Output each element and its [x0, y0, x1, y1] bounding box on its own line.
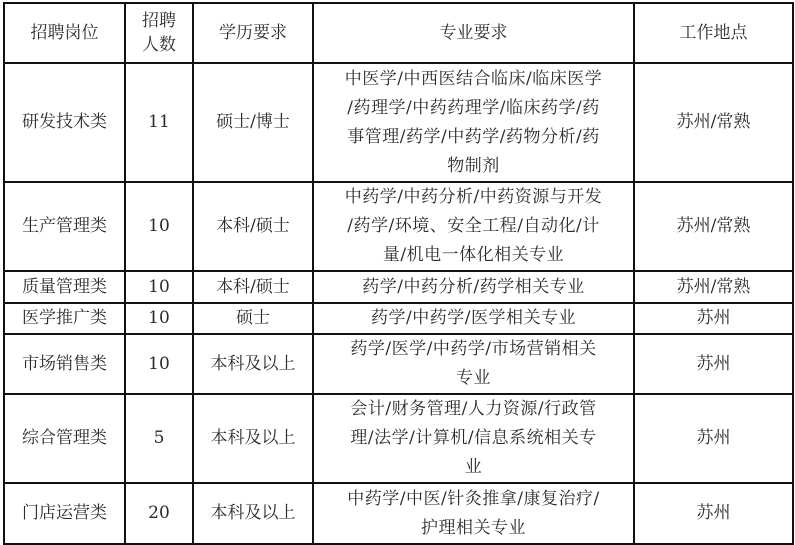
recruitment-table: 招聘岗位 招聘 人数 学历要求 专业要求 工作地点 研发技术类 11 硕士/博士…	[3, 2, 794, 545]
cell-education: 本科/硕士	[193, 182, 313, 271]
cell-count: 10	[125, 334, 193, 394]
cell-location: 苏州	[634, 394, 793, 483]
cell-count: 11	[125, 63, 193, 182]
header-count-line1: 招聘	[132, 9, 186, 33]
cell-position: 生产管理类	[4, 182, 125, 271]
cell-position: 市场销售类	[4, 334, 125, 394]
cell-position: 研发技术类	[4, 63, 125, 182]
cell-major: 中医学/中西医结合临床/临床医学 /药理学/中药药理学/临床药学/药 事管理/药…	[313, 63, 634, 182]
table-row: 质量管理类 10 本科/硕士 药学/中药分析/药学相关专业 苏州/常熟	[4, 271, 793, 303]
major-line: 药学/医学/中药学/市场营销相关	[318, 335, 629, 364]
cell-position: 医学推广类	[4, 303, 125, 334]
cell-education: 本科及以上	[193, 483, 313, 544]
header-location: 工作地点	[634, 3, 793, 63]
major-line: 中药学/中医/针灸推拿/康复治疗/	[318, 485, 629, 514]
cell-position: 质量管理类	[4, 271, 125, 303]
cell-major: 药学/医学/中药学/市场营销相关 专业	[313, 334, 634, 394]
cell-location: 苏州/常熟	[634, 182, 793, 271]
cell-count: 10	[125, 182, 193, 271]
cell-position: 综合管理类	[4, 394, 125, 483]
cell-major: 药学/中药学/医学相关专业	[313, 303, 634, 334]
cell-location: 苏州	[634, 483, 793, 544]
major-line: 药学/中药分析/药学相关专业	[318, 273, 629, 302]
major-line: 会计/财务管理/人力资源/行政管	[318, 395, 629, 424]
major-line: 物制剂	[318, 152, 629, 181]
cell-major: 中药学/中医/针灸推拿/康复治疗/ 护理相关专业	[313, 483, 634, 544]
major-line: 理/法学/计算机/信息系统相关专	[318, 424, 629, 453]
major-line: 药学/中药学/医学相关专业	[318, 304, 629, 333]
cell-count: 20	[125, 483, 193, 544]
cell-count: 5	[125, 394, 193, 483]
cell-education: 硕士	[193, 303, 313, 334]
cell-count: 10	[125, 303, 193, 334]
cell-major: 中药学/中药分析/中药资源与开发 /药学/环境、安全工程/自动化/计 量/机电一…	[313, 182, 634, 271]
cell-education: 本科/硕士	[193, 271, 313, 303]
header-position: 招聘岗位	[4, 3, 125, 63]
header-major: 专业要求	[313, 3, 634, 63]
major-line: 护理相关专业	[318, 514, 629, 543]
table-row: 综合管理类 5 本科及以上 会计/财务管理/人力资源/行政管 理/法学/计算机/…	[4, 394, 793, 483]
cell-education: 本科及以上	[193, 334, 313, 394]
cell-location: 苏州	[634, 303, 793, 334]
table-header-row: 招聘岗位 招聘 人数 学历要求 专业要求 工作地点	[4, 3, 793, 63]
cell-count: 10	[125, 271, 193, 303]
major-line: /药理学/中药药理学/临床药学/药	[318, 94, 629, 123]
cell-education: 本科及以上	[193, 394, 313, 483]
major-line: 中药学/中药分析/中药资源与开发	[318, 183, 629, 212]
table-row: 门店运营类 20 本科及以上 中药学/中医/针灸推拿/康复治疗/ 护理相关专业 …	[4, 483, 793, 544]
major-line: 业	[318, 453, 629, 482]
major-line: /药学/环境、安全工程/自动化/计	[318, 212, 629, 241]
cell-position: 门店运营类	[4, 483, 125, 544]
major-line: 专业	[318, 364, 629, 393]
table-row: 研发技术类 11 硕士/博士 中医学/中西医结合临床/临床医学 /药理学/中药药…	[4, 63, 793, 182]
cell-location: 苏州/常熟	[634, 271, 793, 303]
cell-location: 苏州	[634, 334, 793, 394]
major-line: 量/机电一体化相关专业	[318, 241, 629, 270]
major-line: 事管理/药学/中药学/药物分析/药	[318, 123, 629, 152]
cell-major: 药学/中药分析/药学相关专业	[313, 271, 634, 303]
major-line: 中医学/中西医结合临床/临床医学	[318, 65, 629, 94]
header-education: 学历要求	[193, 3, 313, 63]
table-row: 医学推广类 10 硕士 药学/中药学/医学相关专业 苏州	[4, 303, 793, 334]
header-count-line2: 人数	[132, 33, 186, 57]
table-row: 市场销售类 10 本科及以上 药学/医学/中药学/市场营销相关 专业 苏州	[4, 334, 793, 394]
table-row: 生产管理类 10 本科/硕士 中药学/中药分析/中药资源与开发 /药学/环境、安…	[4, 182, 793, 271]
header-count: 招聘 人数	[125, 3, 193, 63]
cell-major: 会计/财务管理/人力资源/行政管 理/法学/计算机/信息系统相关专 业	[313, 394, 634, 483]
cell-education: 硕士/博士	[193, 63, 313, 182]
cell-location: 苏州/常熟	[634, 63, 793, 182]
